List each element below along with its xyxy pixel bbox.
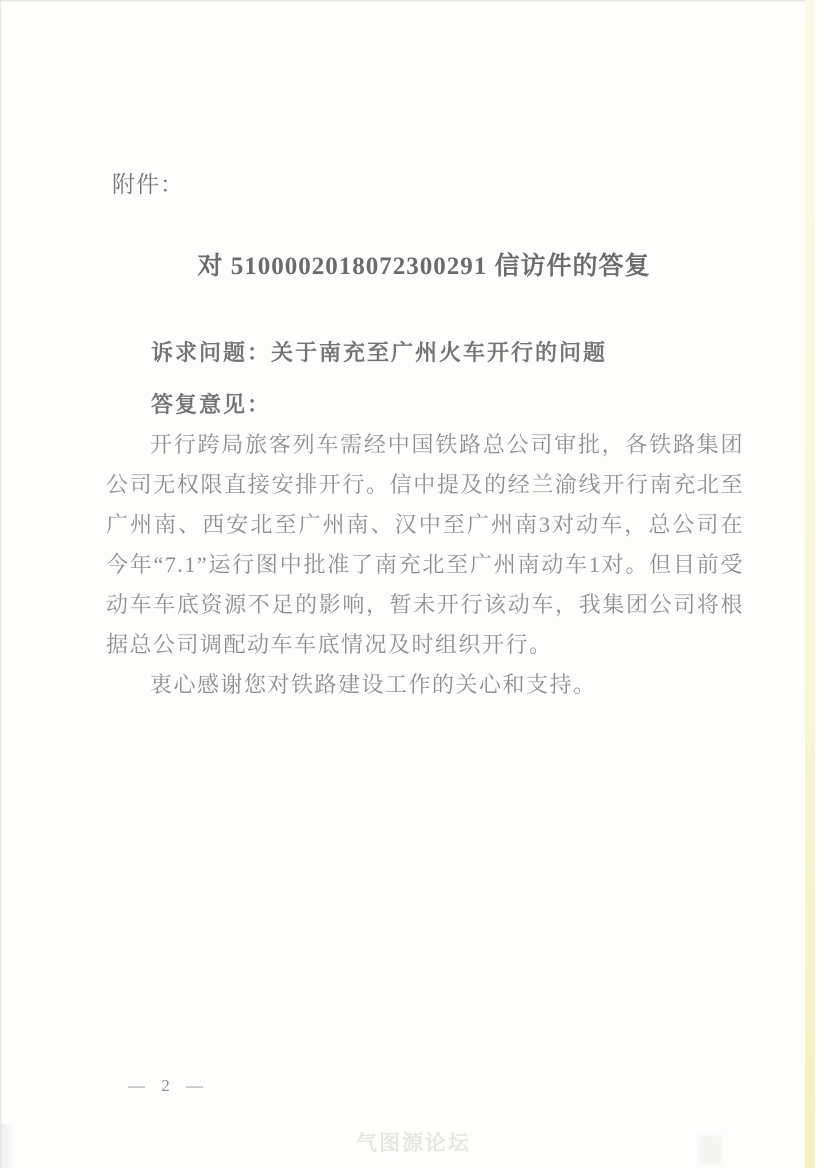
page-number: — 2 — [128,1076,209,1096]
issue-line: 诉求问题：关于南充至广州火车开行的问题 [151,336,607,367]
scanned-document-page: 附件： 对 5100002018072300291 信访件的答复 诉求问题：关于… [0,0,824,1168]
issue-label: 诉求问题： [151,340,271,365]
reply-content: 开行跨局旅客列车需经中国铁路总公司审批，各铁路集团公司无权限直接安排开行。信中提… [106,425,744,705]
document-title: 对 5100002018072300291 信访件的答复 [104,246,744,282]
reply-opinion-label: 答复意见： [151,388,271,419]
reply-paragraph: 开行跨局旅客列车需经中国铁路总公司审批，各铁路集团公司无权限直接安排开行。信中提… [106,425,744,665]
scan-smudge-bottom-left [0,1124,15,1168]
scan-edge-right-strip [805,0,815,1168]
thanks-paragraph: 衷心感谢您对铁路建设工作的关心和支持。 [106,665,744,705]
watermark-text: 气图源论坛 [356,1127,471,1157]
scan-edge-top [0,0,806,2]
scan-smudge-bottom-mid [699,1135,721,1165]
scan-edge-left [0,0,2,1168]
issue-text: 关于南充至广州火车开行的问题 [271,340,607,365]
attachment-label: 附件： [112,166,184,199]
